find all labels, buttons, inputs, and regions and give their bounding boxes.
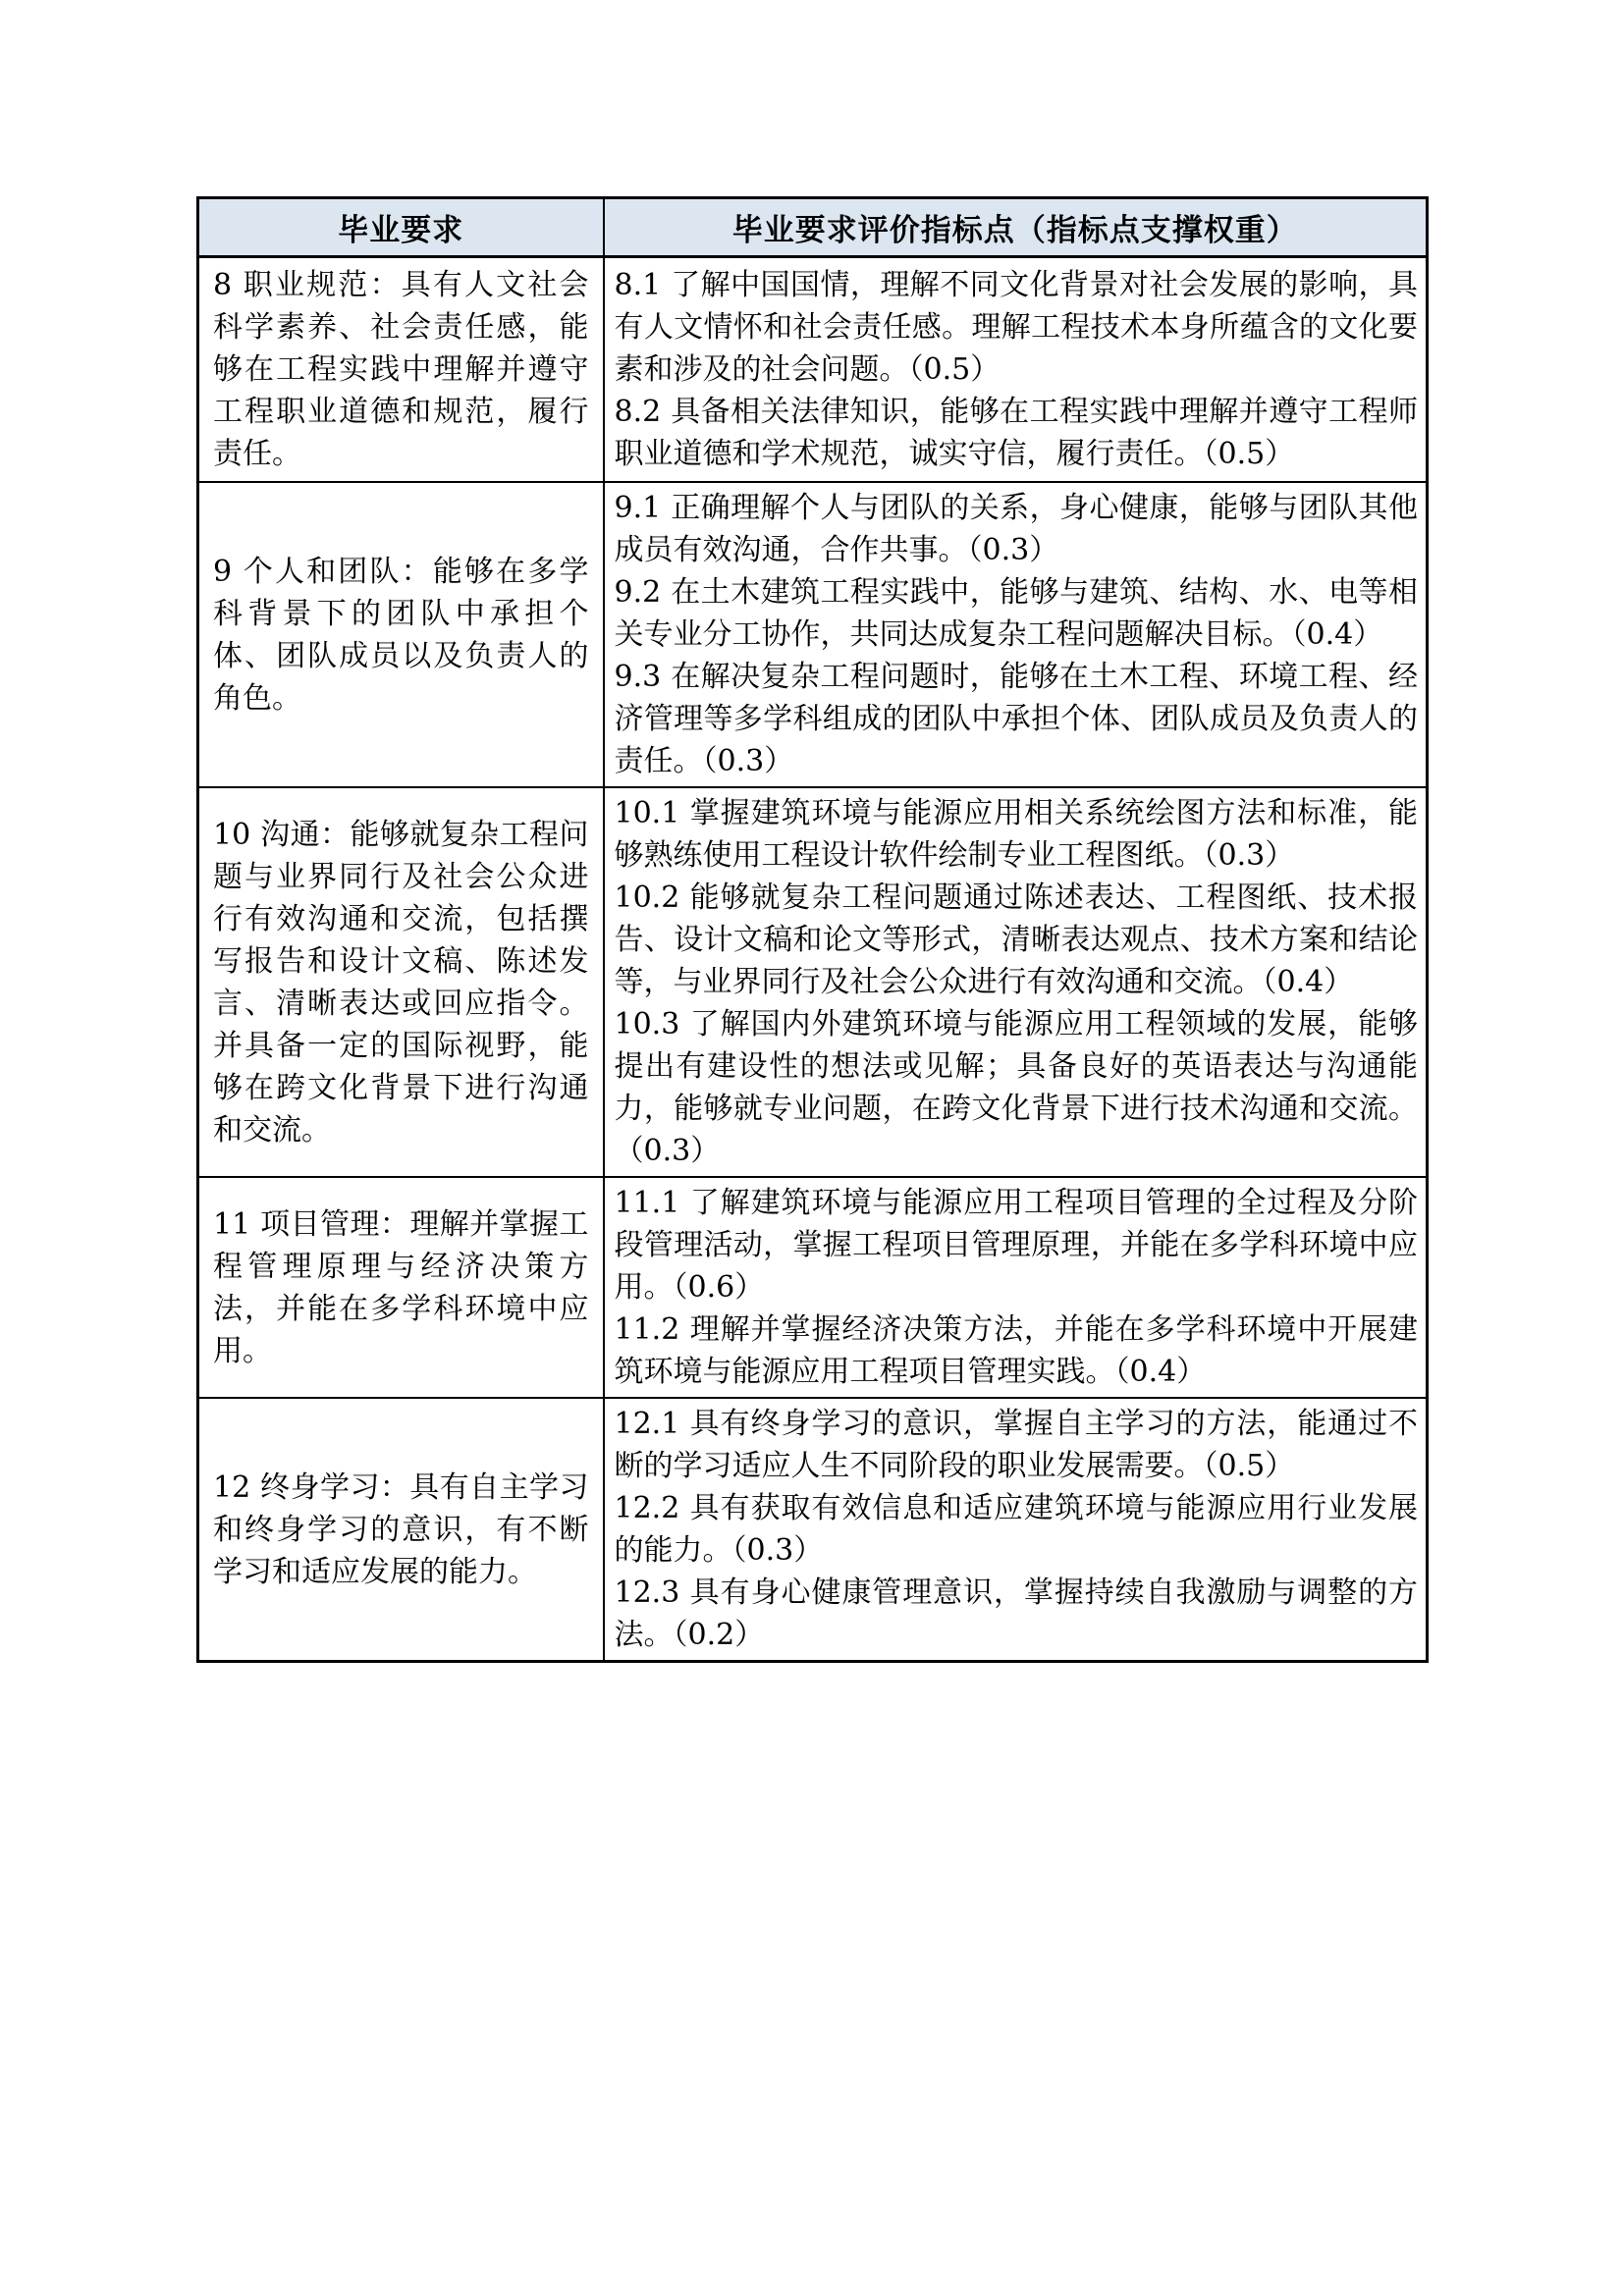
header-cell-requirement: 毕业要求: [198, 198, 604, 257]
document-page: 毕业要求 毕业要求评价指标点（指标点支撑权重） 8 职业规范：具有人文社会科学素…: [0, 0, 1623, 2296]
indicator-item: 12.1 具有终身学习的意识，掌握自主学习的方法，能通过不断的学习适应人生不同阶…: [615, 1403, 1419, 1487]
indicators-cell: 11.1 了解建筑环境与能源应用工程项目管理的全过程及分阶段管理活动，掌握工程项…: [604, 1177, 1428, 1398]
indicators-cell: 9.1 正确理解个人与团队的关系，身心健康，能够与团队其他成员有效沟通，合作共事…: [604, 482, 1428, 787]
indicator-item: 10.1 掌握建筑环境与能源应用相关系统绘图方法和标准，能够熟练使用工程设计软件…: [615, 792, 1419, 877]
table-row-requirement-11: 11 项目管理：理解并掌握工程管理原理与经济决策方法，并能在多学科环境中应用。 …: [198, 1177, 1428, 1398]
indicator-item: 12.2 具有获取有效信息和适应建筑环境与能源应用行业发展的能力。（0.3）: [615, 1487, 1419, 1572]
indicator-item: 12.3 具有身心健康管理意识，掌握持续自我激励与调整的方法。（0.2）: [615, 1572, 1419, 1656]
indicator-item: 11.2 理解并掌握经济决策方法，并能在多学科环境中开展建筑环境与能源应用工程项…: [615, 1308, 1419, 1393]
table-header-row: 毕业要求 毕业要求评价指标点（指标点支撑权重）: [198, 198, 1428, 257]
table-row-requirement-10: 10 沟通：能够就复杂工程问题与业界同行及社会公众进行有效沟通和交流，包括撰写报…: [198, 787, 1428, 1177]
requirement-cell: 9 个人和团队：能够在多学科背景下的团队中承担个体、团队成员以及负责人的角色。: [198, 482, 604, 787]
requirement-cell: 8 职业规范：具有人文社会科学素养、社会责任感，能够在工程实践中理解并遵守工程职…: [198, 257, 604, 483]
requirement-cell: 11 项目管理：理解并掌握工程管理原理与经济决策方法，并能在多学科环境中应用。: [198, 1177, 604, 1398]
indicator-item: 9.1 正确理解个人与团队的关系，身心健康，能够与团队其他成员有效沟通，合作共事…: [615, 487, 1419, 571]
indicators-cell: 10.1 掌握建筑环境与能源应用相关系统绘图方法和标准，能够熟练使用工程设计软件…: [604, 787, 1428, 1177]
indicator-item: 11.1 了解建筑环境与能源应用工程项目管理的全过程及分阶段管理活动，掌握工程项…: [615, 1182, 1419, 1308]
indicator-item: 9.2 在土木建筑工程实践中，能够与建筑、结构、水、电等相关专业分工协作，共同达…: [615, 571, 1419, 656]
graduation-requirements-table: 毕业要求 毕业要求评价指标点（指标点支撑权重） 8 职业规范：具有人文社会科学素…: [196, 196, 1429, 1663]
indicator-item: 8.2 具备相关法律知识，能够在工程实践中理解并遵守工程师职业道德和学术规范，诚…: [615, 391, 1419, 475]
indicator-item: 10.3 了解国内外建筑环境与能源应用工程领域的发展，能够提出有建设性的想法或见…: [615, 1003, 1419, 1172]
requirement-cell: 12 终身学习：具有自主学习和终身学习的意识，有不断学习和适应发展的能力。: [198, 1398, 604, 1662]
indicator-item: 8.1 了解中国国情，理解不同文化背景对社会发展的影响，具有人文情怀和社会责任感…: [615, 264, 1419, 391]
table-row-requirement-9: 9 个人和团队：能够在多学科背景下的团队中承担个体、团队成员以及负责人的角色。 …: [198, 482, 1428, 787]
table-row-requirement-12: 12 终身学习：具有自主学习和终身学习的意识，有不断学习和适应发展的能力。 12…: [198, 1398, 1428, 1662]
requirement-cell: 10 沟通：能够就复杂工程问题与业界同行及社会公众进行有效沟通和交流，包括撰写报…: [198, 787, 604, 1177]
table-row-requirement-8: 8 职业规范：具有人文社会科学素养、社会责任感，能够在工程实践中理解并遵守工程职…: [198, 257, 1428, 483]
header-cell-indicators: 毕业要求评价指标点（指标点支撑权重）: [604, 198, 1428, 257]
indicator-item: 9.3 在解决复杂工程问题时，能够在土木工程、环境工程、经济管理等多学科组成的团…: [615, 656, 1419, 782]
indicator-item: 10.2 能够就复杂工程问题通过陈述表达、工程图纸、技术报告、设计文稿和论文等形…: [615, 877, 1419, 1003]
indicators-cell: 12.1 具有终身学习的意识，掌握自主学习的方法，能通过不断的学习适应人生不同阶…: [604, 1398, 1428, 1662]
indicators-cell: 8.1 了解中国国情，理解不同文化背景对社会发展的影响，具有人文情怀和社会责任感…: [604, 257, 1428, 483]
